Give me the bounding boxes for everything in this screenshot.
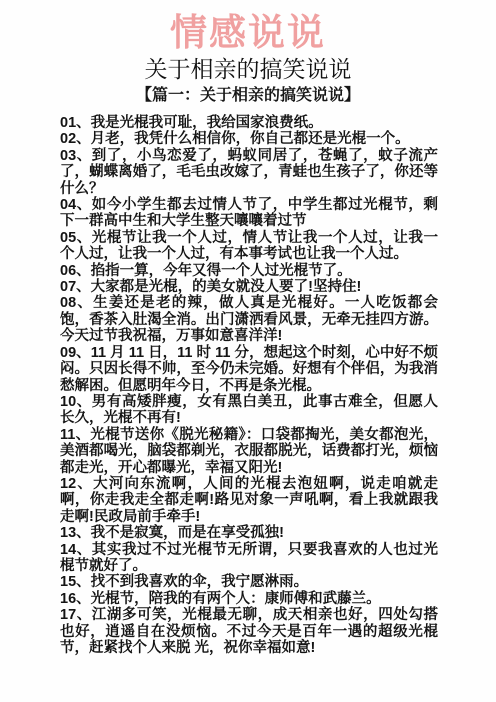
section-heading: 【篇一：关于相亲的搞笑说说】 <box>0 86 496 105</box>
saying-item: 04、如今小学生都去过情人节了，中学生都过光棍节，剩下一群高中生和大学生整天嚷嚷… <box>60 197 438 230</box>
saying-item: 10、男有高矮胖瘦，女有黑白美丑，此事古难全，但愿人长久，光棍不再有! <box>60 394 438 427</box>
saying-item: 11、光棍节送你《脱光秘籍》：口袋都掏光，美女都泡光，美酒都喝光，脑袋都剃光，衣… <box>60 427 438 476</box>
saying-item: 17、江湖多可笑，光棍最无聊，成天相亲也好，四处勾搭也好，逍遥自在没烦恼。不过今… <box>60 607 438 656</box>
page-title: 关于相亲的搞笑说说 <box>0 56 496 84</box>
saying-item: 05、光棍节让我一个人过，情人节让我一个人过，让我一个人过，让我一个人过，有本事… <box>60 230 438 263</box>
saying-item: 07、大家都是光棍，的美女就没人要了!坚持住! <box>60 279 438 295</box>
saying-item: 14、其实我过不过光棍节无所谓，只要我喜欢的人也过光棍节就好了。 <box>60 542 438 575</box>
sayings-list: 01、我是光棍我可耻，我给国家浪费纸。 02、月老，我凭什么相信你，你自己都还是… <box>60 115 438 656</box>
saying-item: 13、我不是寂寞，而是在享受孤独! <box>60 525 438 541</box>
saying-item: 09、11 月 11 日，11 时 11 分，想起这个时刻，心中好不烦闷。只因长… <box>60 345 438 394</box>
saying-item: 12、大河向东流啊，人间的光棍去泡妞啊，说走咱就走啊，你走我走全都走啊!路见对象… <box>60 476 438 525</box>
saying-item: 06、掐指一算，今年又得一个人过光棍节了。 <box>60 263 438 279</box>
saying-item: 02、月老，我凭什么相信你，你自己都还是光棍一个。 <box>60 131 438 147</box>
saying-item: 15、找不到我喜欢的伞，我宁愿淋雨。 <box>60 574 438 590</box>
saying-item: 03、到了，小鸟恋爱了，蚂蚁同居了，苍蝇了，蚊子流产了，蝴蝶离婚了，毛毛虫改嫁了… <box>60 148 438 197</box>
saying-item: 01、我是光棍我可耻，我给国家浪费纸。 <box>60 115 438 131</box>
saying-item: 16、光棍节，陪我的有两个人：康师傅和武藤兰。 <box>60 591 438 607</box>
document-page: 情感说说 关于相亲的搞笑说说 【篇一：关于相亲的搞笑说说】 01、我是光棍我可耻… <box>0 0 496 702</box>
saying-item: 08、生姜还是老的辣，做人真是光棍好。一人吃饭都会饱，香茶入肚渴全消。出门潇洒看… <box>60 295 438 344</box>
brand-watermark: 情感说说 <box>0 14 496 52</box>
